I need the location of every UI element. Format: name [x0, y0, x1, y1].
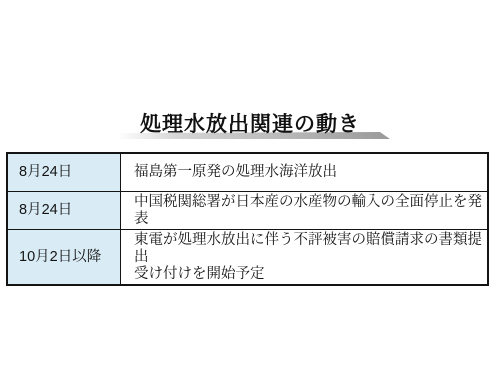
events-table: 8月24日 福島第一原発の処理水海洋放出 8月24日 中国税関総署が日本産の水産… — [6, 152, 489, 286]
table-row: 10月2日以降 東電が処理水放出に伴う不評被害の賠償請求の書類提出 受け付けを開… — [7, 230, 488, 286]
table-row: 8月24日 福島第一原発の処理水海洋放出 — [7, 153, 488, 192]
date-cell: 10月2日以降 — [7, 230, 121, 286]
table-row: 8月24日 中国税関総署が日本産の水産物の輸入の全面停止を発表 — [7, 192, 488, 230]
date-cell: 8月24日 — [7, 153, 121, 192]
event-cell: 福島第一原発の処理水海洋放出 — [121, 153, 489, 192]
event-cell: 中国税関総署が日本産の水産物の輸入の全面停止を発表 — [121, 192, 489, 230]
date-cell: 8月24日 — [7, 192, 121, 230]
event-cell: 東電が処理水放出に伴う不評被害の賠償請求の書類提出 受け付けを開始予定 — [121, 230, 489, 286]
page-title: 処理水放出関連の動き — [0, 108, 500, 138]
